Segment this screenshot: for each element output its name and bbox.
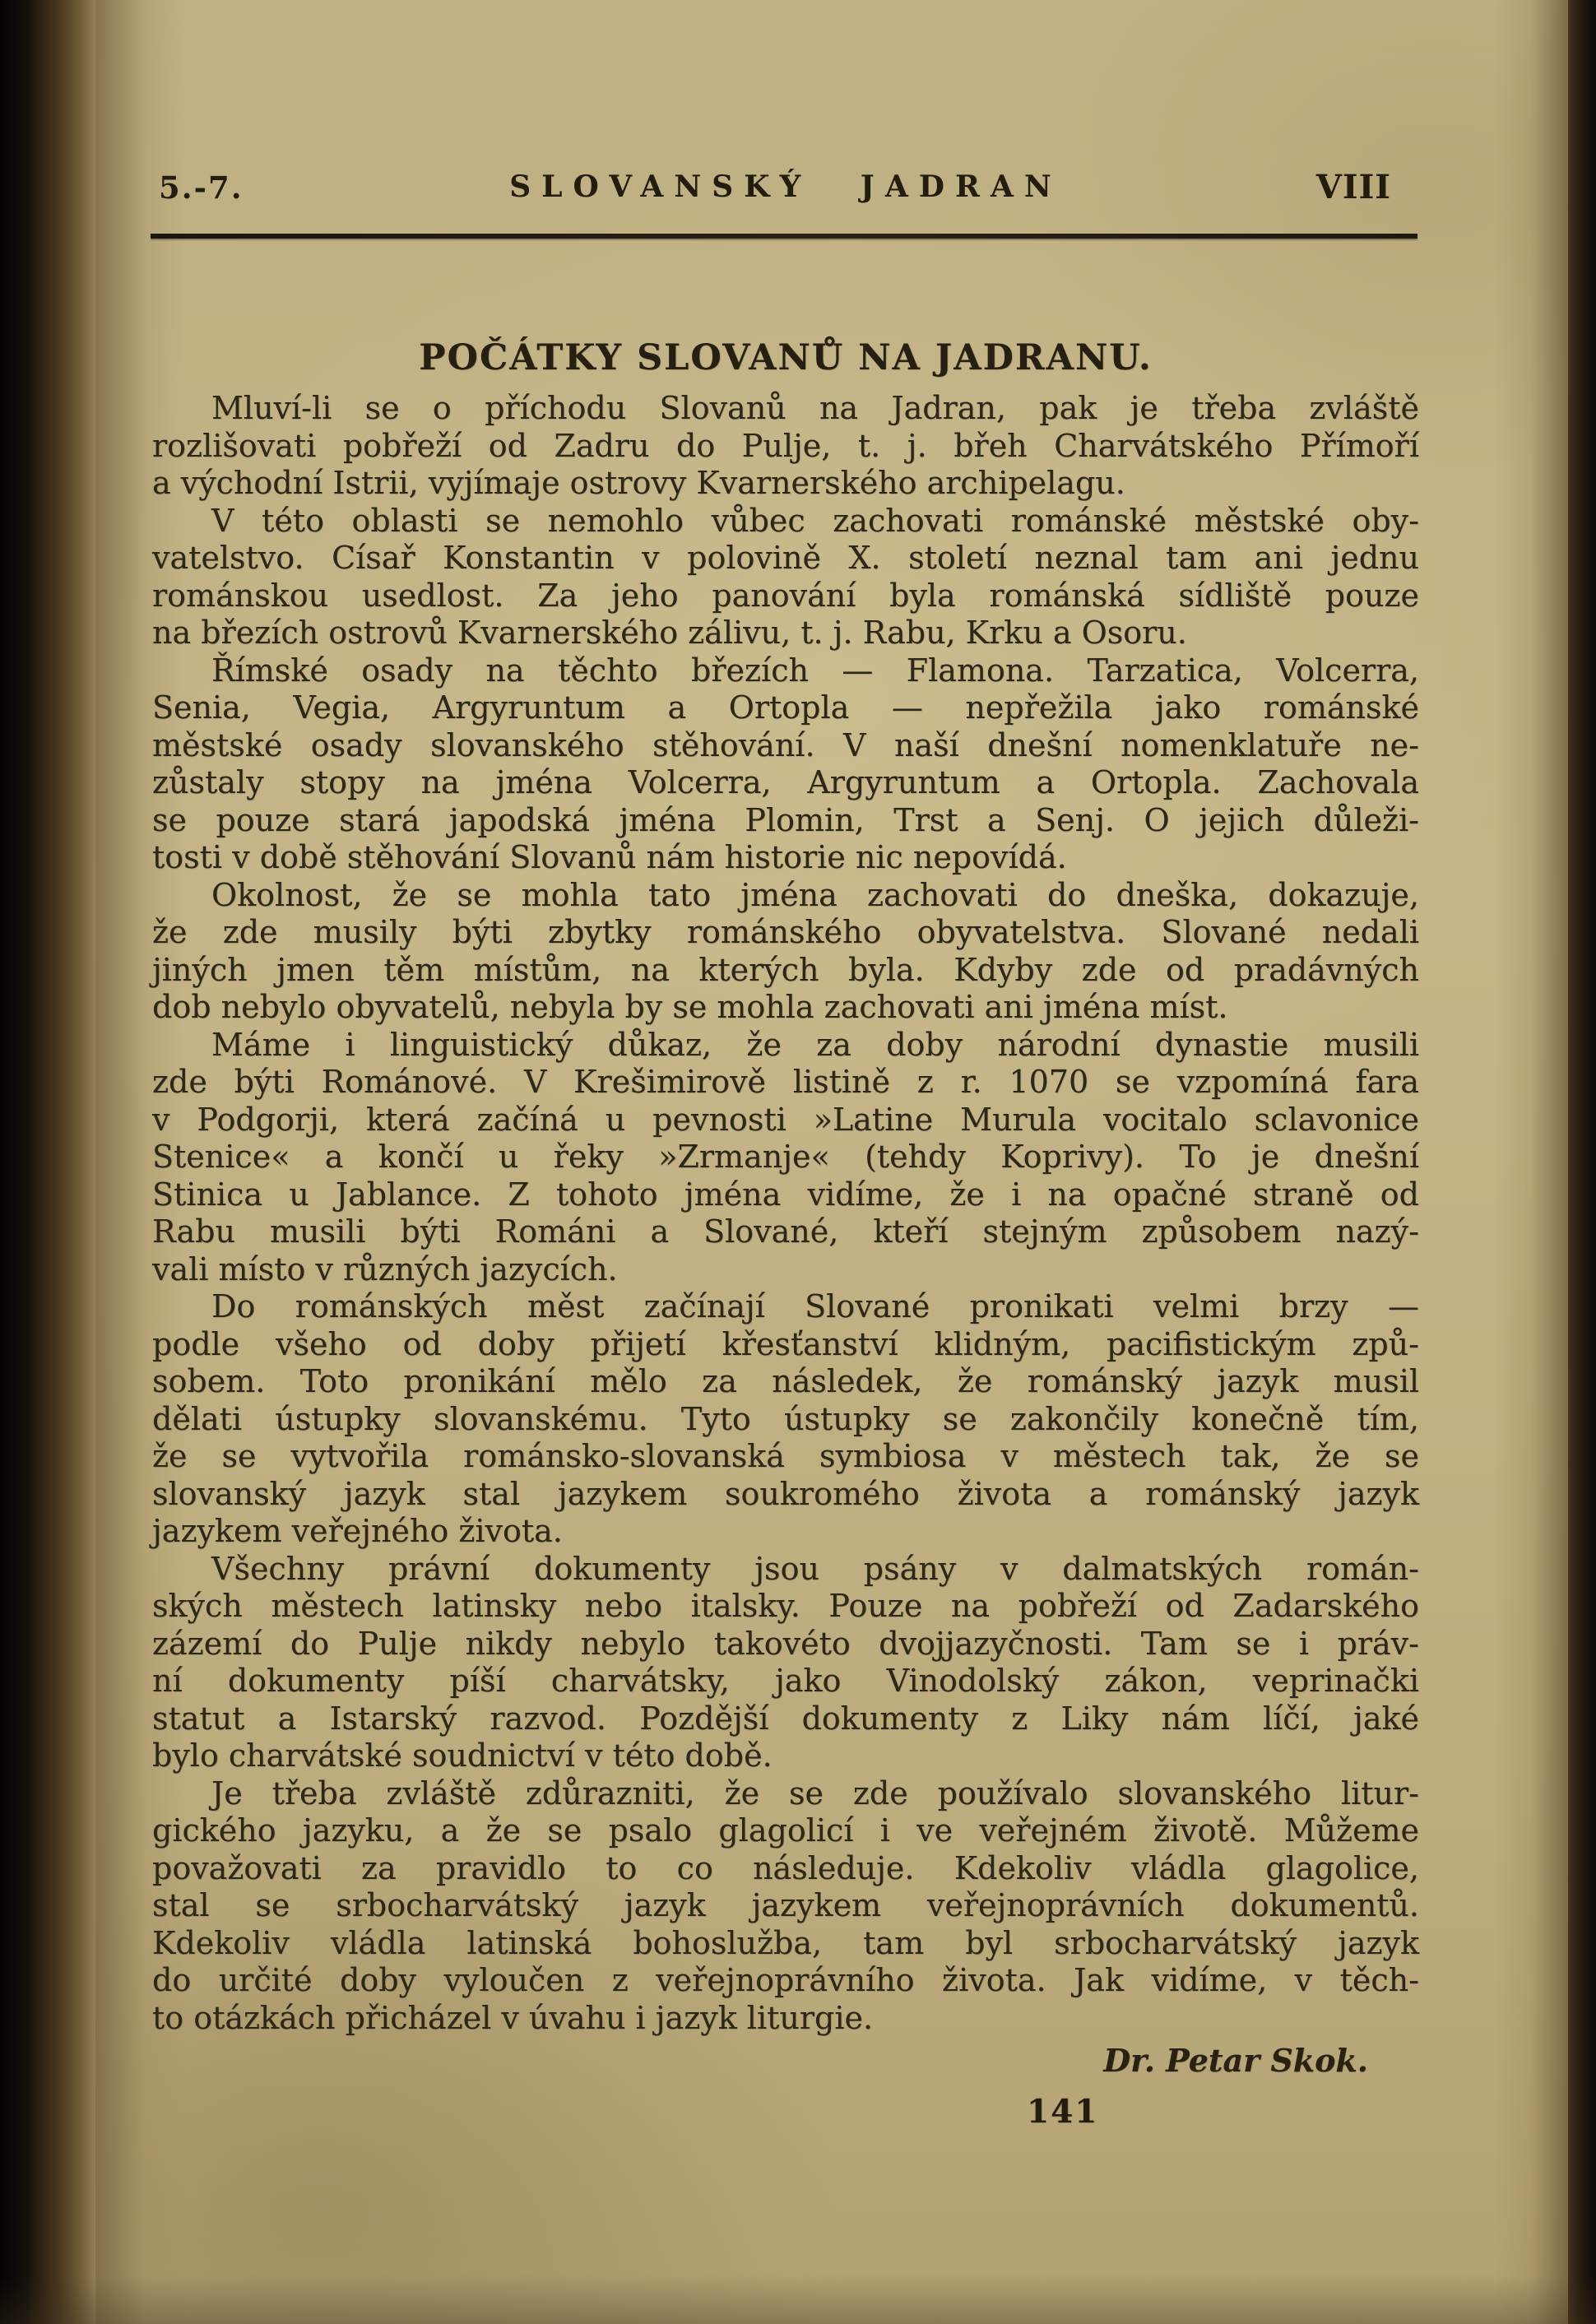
text-line: Rabu musili býti Románi a Slované, kteří… — [152, 1213, 1419, 1251]
text-line: dělati ústupky slovanskému. Tyto ústupky… — [152, 1401, 1419, 1439]
text-line: považovati za pravidlo to co následuje. … — [152, 1850, 1419, 1888]
text-line: V této oblasti se nemohlo vůbec zachovat… — [152, 503, 1419, 540]
text-line: dob nebylo obyvatelů, nebyla by se mohla… — [152, 989, 1419, 1027]
text-line: Kdekoliv vládla latinská bohoslužba, tam… — [152, 1925, 1419, 1963]
text-line: Stinica u Jablance. Z tohoto jména vidím… — [152, 1176, 1419, 1214]
text-line: že se vytvořila románsko-slovanská symbi… — [152, 1438, 1419, 1476]
paragraph: Mluví-li se o příchodu Slovanů na Jadran… — [152, 390, 1419, 503]
paragraph: Okolnost, že se mohla tato jména zachova… — [152, 877, 1419, 1027]
text-line: románskou usedlost. Za jeho panování byl… — [152, 578, 1419, 615]
paragraph: Všechny právní dokumenty jsou psány v da… — [152, 1551, 1419, 1775]
text-line: rozlišovati pobřeží od Zadru do Pulje, t… — [152, 428, 1419, 466]
text-line: slovanský jazyk stal jazykem soukromého … — [152, 1476, 1419, 1514]
text-line: a východní Istrii, vyjímaje ostrovy Kvar… — [152, 465, 1419, 503]
volume-number: VIII — [1316, 168, 1391, 206]
article-title: POČÁTKY SLOVANŮ NA JADRANU. — [152, 337, 1419, 378]
text-line: tosti v době stěhování Slovanů nám histo… — [152, 839, 1419, 877]
paragraph: V této oblasti se nemohlo vůbec zachovat… — [152, 503, 1419, 652]
text-line: Senia, Vegia, Argyruntum a Ortopla — nep… — [152, 689, 1419, 727]
text-line: Stenice« a končí u řeky »Zrmanje« (tehdy… — [152, 1139, 1419, 1176]
text-line: sobem. Toto pronikání mělo za následek, … — [152, 1363, 1419, 1401]
text-line: se pouze stará japodská jména Plomin, Tr… — [152, 802, 1419, 840]
text-line: Do románských měst začínají Slované pron… — [152, 1288, 1419, 1326]
text-line: vatelstvo. Císař Konstantin v polovině X… — [152, 540, 1419, 578]
text-line: městské osady slovanského stěhování. V n… — [152, 727, 1419, 765]
text-line: jazykem veřejného života. — [152, 1513, 1419, 1551]
text-line: na březích ostrovů Kvarnerského zálivu, … — [152, 615, 1419, 652]
paragraph: Máme i linguistický důkaz, že za doby ná… — [152, 1027, 1419, 1289]
paragraph: Do románských měst začínají Slované pron… — [152, 1288, 1419, 1551]
paragraph: Je třeba zvláště zdůrazniti, že se zde p… — [152, 1775, 1419, 2038]
page-edge-right — [1568, 0, 1596, 2324]
page-number: 141 — [1027, 2093, 1098, 2131]
paragraph: Římské osady na těchto březích — Flamona… — [152, 652, 1419, 877]
text-line: bylo charvátské soudnictví v této době. — [152, 1737, 1419, 1775]
text-line: stal se srbocharvátský jazyk jazykem veř… — [152, 1887, 1419, 1925]
text-line: vali místo v různých jazycích. — [152, 1251, 1419, 1289]
text-line: Římské osady na těchto březích — Flamona… — [152, 652, 1419, 690]
text-line: ských městech latinsky nebo italsky. Pou… — [152, 1588, 1419, 1626]
text-line: zůstaly stopy na jména Volcerra, Argyrun… — [152, 764, 1419, 802]
text-line: že zde musily býti zbytky románského oby… — [152, 914, 1419, 952]
text-line: statut a Istarský razvod. Pozdější dokum… — [152, 1700, 1419, 1738]
journal-title: SLOVANSKÝ JADRAN — [152, 169, 1419, 204]
page-curvature-shadow-right — [1494, 0, 1568, 2324]
text-line: zde býti Románové. V Krešimirově listině… — [152, 1064, 1419, 1102]
text-line: jiných jmen těm místům, na kterých byla.… — [152, 952, 1419, 990]
book-binding-left — [0, 0, 30, 2324]
text-line: Máme i linguistický důkaz, že za doby ná… — [152, 1027, 1419, 1065]
header-rule — [151, 234, 1417, 239]
text-line: v Podgorji, která začíná u pevnosti »Lat… — [152, 1102, 1419, 1139]
text-line: zázemí do Pulje nikdy nebylo takovéto dv… — [152, 1626, 1419, 1663]
text-line: Je třeba zvláště zdůrazniti, že se zde p… — [152, 1775, 1419, 1813]
text-line: gického jazyku, a že se psalo glagolicí … — [152, 1812, 1419, 1850]
author-signature: Dr. Petar Skok. — [152, 2042, 1419, 2079]
page-shadow-bottom — [0, 2275, 1596, 2324]
text-line: do určité doby vyloučen z veřejnoprávníh… — [152, 1962, 1419, 2000]
text-line: podle všeho od doby přijetí křesťanství … — [152, 1326, 1419, 1364]
scanned-book-page: 5.-7. SLOVANSKÝ JADRAN VIII POČÁTKY SLOV… — [0, 0, 1596, 2324]
text-line: ní dokumenty píší charvátsky, jako Vinod… — [152, 1663, 1419, 1700]
body-text: Mluví-li se o příchodu Slovanů na Jadran… — [152, 390, 1419, 2037]
page-gutter-left — [30, 0, 95, 2324]
text-line: Všechny právní dokumenty jsou psány v da… — [152, 1551, 1419, 1589]
text-line: to otázkách přicházel v úvahu i jazyk li… — [152, 2000, 1419, 2038]
text-line: Mluví-li se o příchodu Slovanů na Jadran… — [152, 390, 1419, 428]
text-line: Okolnost, že se mohla tato jména zachova… — [152, 877, 1419, 915]
running-header: 5.-7. SLOVANSKÝ JADRAN VIII — [152, 169, 1419, 216]
